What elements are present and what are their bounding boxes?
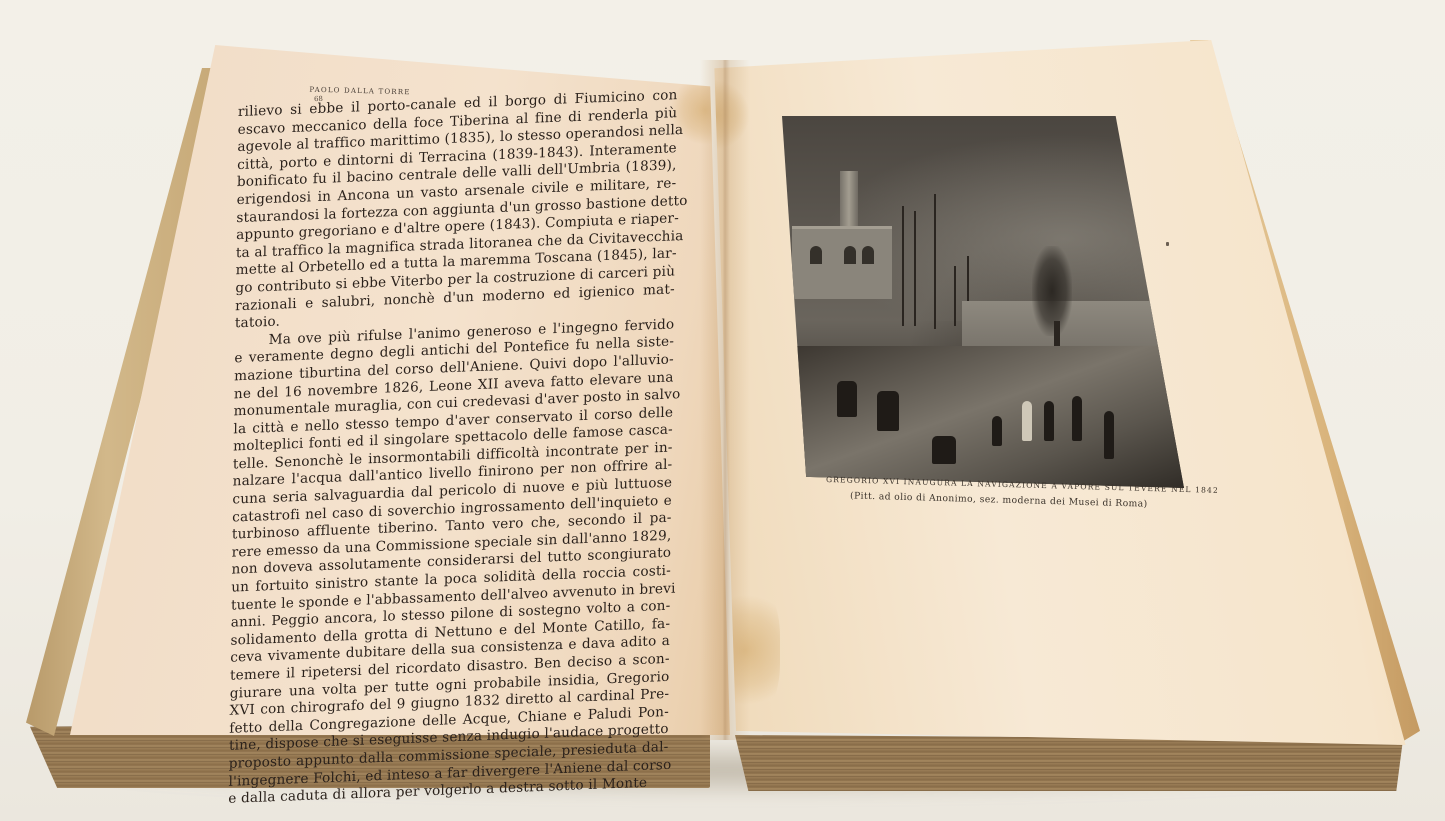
lighthouse-tower bbox=[840, 171, 858, 231]
steam-smoke bbox=[1032, 246, 1072, 336]
paper-speck bbox=[1166, 242, 1169, 246]
book-photo: PAOLO DALLA TORRE 68 rilievo si ebbe il … bbox=[0, 0, 1445, 821]
ship-mast bbox=[934, 194, 936, 329]
body-text: rilievo si ebbe il porto-canale ed il bo… bbox=[228, 87, 678, 809]
right-page-block-edge bbox=[735, 735, 1403, 791]
figure bbox=[1072, 396, 1082, 441]
seated-figures bbox=[932, 436, 956, 464]
pope-figure bbox=[1022, 401, 1032, 441]
fortress-window bbox=[862, 246, 874, 264]
gutter-shadow bbox=[700, 60, 750, 740]
horse-rider-figure bbox=[877, 391, 899, 431]
ship-mast bbox=[954, 266, 956, 326]
figure bbox=[1104, 411, 1114, 459]
ship-mast bbox=[902, 206, 904, 326]
horse-rider-figure bbox=[837, 381, 857, 417]
fortress-window bbox=[844, 246, 856, 264]
figure bbox=[1044, 401, 1054, 441]
ship-mast bbox=[914, 211, 916, 326]
kneeling-figure bbox=[992, 416, 1002, 446]
quay-ground bbox=[782, 346, 1184, 496]
illustration-plate bbox=[782, 116, 1184, 488]
fortress bbox=[792, 226, 892, 299]
fortress-window bbox=[810, 246, 822, 264]
